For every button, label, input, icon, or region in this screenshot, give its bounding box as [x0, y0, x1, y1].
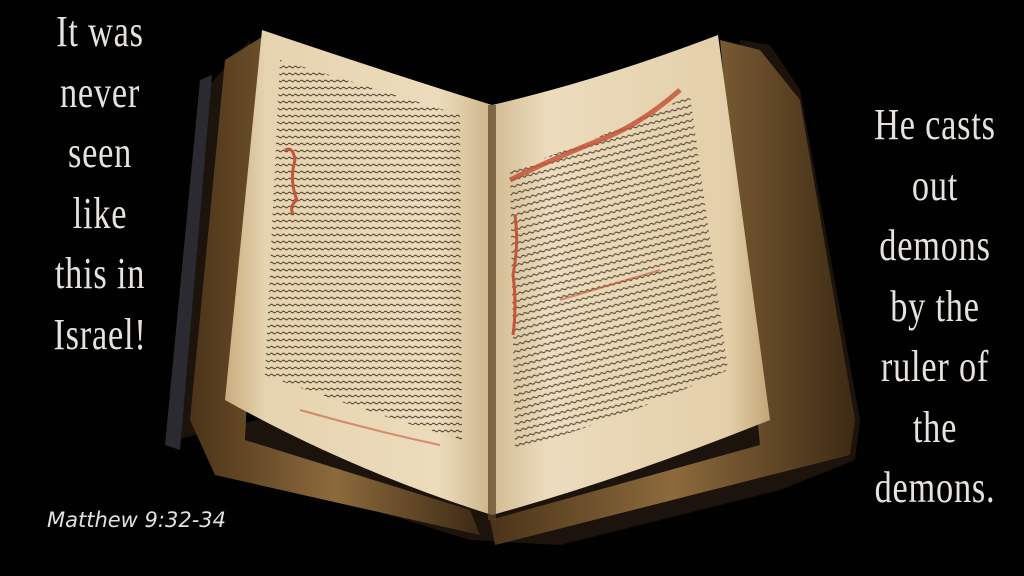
right-caption: He casts out demons by the ruler of the …: [845, 95, 1024, 519]
right-caption-line: demons: [845, 216, 1024, 277]
left-caption-line: It was: [10, 2, 189, 63]
right-caption-line: by the: [845, 277, 1024, 338]
left-caption-line: Israel!: [10, 305, 189, 366]
left-caption-line: like: [10, 184, 189, 245]
left-caption-line: this in: [10, 244, 189, 305]
right-caption-line: out: [845, 156, 1024, 217]
right-caption-line: the: [845, 398, 1024, 459]
left-caption: It was never seen like this in Israel!: [10, 2, 189, 365]
left-caption-line: seen: [10, 123, 189, 184]
right-caption-line: ruler of: [845, 337, 1024, 398]
scripture-reference: Matthew 9:32-34: [47, 508, 226, 532]
slide: It was never seen like this in Israel! H…: [0, 0, 1024, 576]
right-caption-line: He casts: [845, 95, 1024, 156]
right-caption-line: demons.: [845, 458, 1024, 519]
left-caption-line: never: [10, 63, 189, 124]
